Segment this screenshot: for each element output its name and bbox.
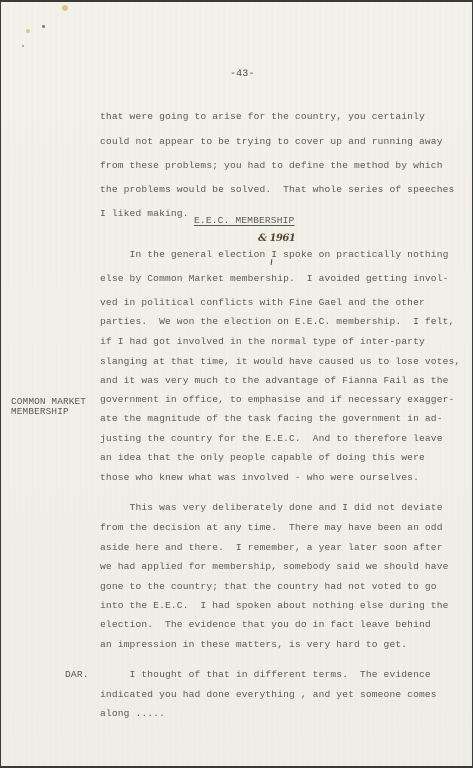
- paper-stain: [26, 29, 30, 33]
- text-line: that were going to arise for the country…: [100, 111, 425, 123]
- text-line: In the general election I spoke on pract…: [100, 249, 449, 261]
- text-line: parties. We won the election on E.E.C. m…: [100, 316, 454, 328]
- text-line: into the E.E.C. I had spoken about nothi…: [100, 600, 449, 612]
- text-line: ate the magnitude of the task facing the…: [100, 413, 443, 425]
- text-line: we had applied for membership, somebody …: [100, 561, 449, 573]
- text-line: could not appear to be trying to cover u…: [100, 136, 443, 148]
- speaker-label: DAR.: [65, 669, 89, 681]
- text-line: if I had got involved in the normal type…: [100, 336, 425, 348]
- paper-stain: [22, 45, 24, 47]
- text-line: those who knew what was involved - who w…: [100, 472, 419, 484]
- text-line: aside here and there. I remember, a year…: [100, 542, 443, 554]
- text-line: This was very deliberately done and I di…: [100, 502, 443, 514]
- text-line: I thought of that in different terms. Th…: [100, 669, 431, 681]
- text-line: indicated you had done everything , and …: [100, 689, 437, 701]
- page-number: -43-: [230, 69, 255, 81]
- text-line: an idea that the only people capable of …: [100, 452, 425, 464]
- text-line: gone to the country; that the country ha…: [100, 581, 437, 593]
- text-line: and it was very much to the advantage of…: [100, 375, 449, 387]
- text-line: ved in political conflicts with Fine Gae…: [100, 297, 425, 309]
- text-line: else by Common Market membership. I avoi…: [100, 273, 449, 285]
- text-line: the problems would be solved. That whole…: [100, 184, 454, 196]
- handwritten-annotation: & 1961: [258, 233, 295, 244]
- text-line: along .....: [100, 708, 165, 720]
- margin-note-line: MEMBERSHIP: [11, 407, 69, 417]
- text-line: government in office, to emphasise and i…: [100, 394, 454, 406]
- document-page: -43- that were going to arise for the co…: [1, 2, 472, 766]
- text-line: I liked making.: [100, 208, 189, 220]
- text-line: an impression in these matters, is very …: [100, 639, 407, 651]
- paper-stain: [42, 25, 45, 28]
- text-line: slanging at that time, it would have cau…: [100, 356, 460, 368]
- text-line: justing the country for the E.E.C. And t…: [100, 433, 443, 445]
- paper-stain: [62, 5, 68, 11]
- text-line: election. The evidence that you do in fa…: [100, 619, 431, 631]
- section-heading: E.E.C. MEMBERSHIP: [194, 215, 294, 227]
- text-line: from these problems; you had to define t…: [100, 160, 443, 172]
- text-line: from the decision at any time. There may…: [100, 522, 443, 534]
